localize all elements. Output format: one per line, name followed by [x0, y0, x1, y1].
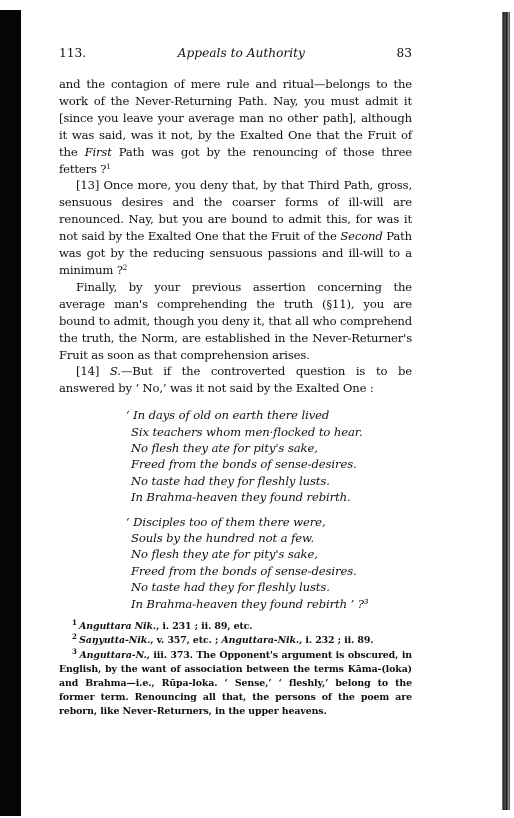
paragraph-text: Path was got by the renouncing of those …	[59, 145, 412, 176]
scan-left-edge-shadow	[0, 10, 21, 816]
body-text: and the contagion of mere rule and ritua…	[59, 76, 412, 397]
verse-stanza: ‘ Disciples too of them there were,Souls…	[131, 514, 412, 612]
verse-line: In Brahma-heaven they found rebirth ’ ?³	[131, 596, 412, 612]
footnote-italic: Anguttara-N.	[79, 650, 146, 661]
scan-right-edge-binding	[502, 12, 510, 810]
verse-line: ‘ In days of old on earth there lived	[126, 407, 412, 423]
verse-line: No flesh they ate for pity's sake,	[131, 546, 412, 562]
verse-line: Freed from the bonds of sense-desires.	[131, 563, 412, 579]
paragraph: and the contagion of mere rule and ritua…	[59, 76, 412, 177]
footnote: 1 Anguttara Nik., i. 231 ; ii. 89, etc.	[59, 620, 412, 634]
verse-line: Freed from the bonds of sense-desires.	[131, 456, 412, 472]
paragraph: [13] Once more, you deny that, by that T…	[59, 177, 412, 278]
verse-line: ‘ Disciples too of them there were,	[126, 514, 412, 530]
verse-line: No taste had they for fleshly lusts.	[131, 473, 412, 489]
verse-stanza: ‘ In days of old on earth there livedSix…	[131, 407, 412, 505]
paragraph: Finally, by your previous assertion conc…	[59, 279, 412, 364]
footnotes: 1 Anguttara Nik., i. 231 ; ii. 89, etc.2…	[59, 620, 412, 719]
paragraph-italic: S.	[110, 364, 121, 378]
footnote-text: , i. 231 ; ii. 89, etc.	[156, 621, 252, 632]
paragraph-text: Finally, by your previous assertion conc…	[59, 280, 412, 362]
verse-line: Six teachers whom men·flocked to hear.	[131, 424, 412, 440]
book-page: 113. Appeals to Authority 83 and the con…	[59, 46, 412, 720]
paragraph-italic: Second	[340, 229, 382, 243]
running-header: 113. Appeals to Authority 83	[59, 46, 412, 68]
footnote-text: , i. 232 ; ii. 89.	[299, 635, 373, 646]
verse-line: Souls by the hundred not a few.	[131, 530, 412, 546]
footnote-italic: Anguttara-Nik.	[221, 635, 299, 646]
verse-line: No taste had they for fleshly lusts.	[131, 579, 412, 595]
verse-quotation: ‘ In days of old on earth there livedSix…	[131, 407, 412, 612]
paragraph: [14] S.—But if the controverted question…	[59, 363, 412, 397]
paragraph-text: [14]	[76, 364, 110, 378]
footnote-reference: 1	[106, 163, 110, 171]
verse-line: In Brahma-heaven they found rebirth.	[131, 489, 412, 505]
footnote-italic: Anguttara Nik.	[79, 621, 156, 632]
footnote-italic: Saŋyutta-Nik.	[79, 635, 150, 646]
footnote: 2 Saŋyutta-Nik., v. 357, etc. ; Anguttar…	[59, 634, 412, 648]
paragraph-italic: First	[85, 145, 112, 159]
section-number: 113.	[59, 46, 86, 60]
page-number: 83	[396, 46, 412, 60]
footnote: 3 Anguttara-N., iii. 373. The Opponent's…	[59, 649, 412, 720]
footnote-text: , v. 357, etc. ;	[150, 635, 221, 646]
footnote-reference: 2	[123, 264, 127, 272]
verse-line: No flesh they ate for pity's sake,	[131, 440, 412, 456]
running-title: Appeals to Authority	[178, 46, 305, 60]
